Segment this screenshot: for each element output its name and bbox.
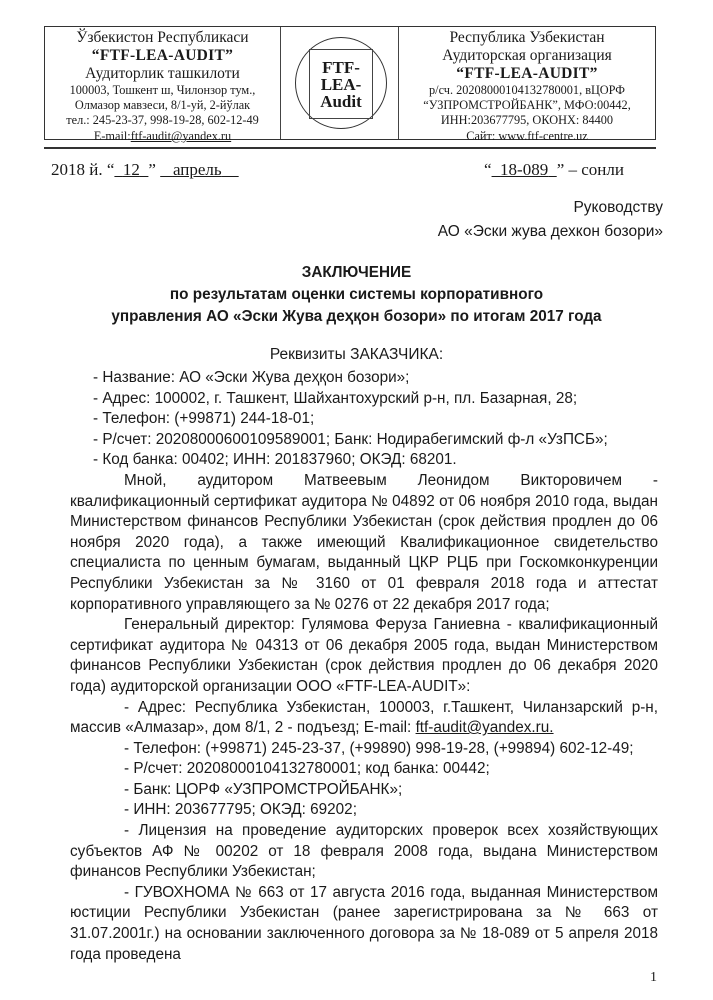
letterhead-uzbek-block: Ўзбекистон Республикаси “FTF-LEA-AUDIT” …: [45, 27, 281, 139]
customer-details-heading: Реквизиты ЗАКАЗЧИКА:: [0, 346, 713, 364]
letterhead-divider: [44, 147, 656, 149]
date-day: 12: [114, 160, 148, 179]
seal-line-2: LEA-: [321, 76, 362, 93]
org-address: - Адрес: Республика Узбекистан, 100003, …: [70, 698, 658, 739]
seal-text-box: FTF- LEA- Audit: [309, 49, 373, 119]
customer-account: - Р/счет: 20208000600109589001; Банк: Но…: [70, 430, 658, 451]
phones-uz: тел.: 245-23-37, 998-19-28, 602-12-49: [45, 113, 280, 128]
address-line-2-uz: Олмазор мавзеси, 8/1-уй, 2-йўлак: [45, 98, 280, 113]
document-body: - Название: АО «Эски Жува деҳқон бозори»…: [70, 368, 658, 965]
document-title: ЗАКЛЮЧЕНИЕ по результатам оценки системы…: [0, 262, 713, 328]
director-paragraph: Генеральный директор: Гулямова Феруза Га…: [70, 615, 658, 697]
bank-name-ru: “УЗПРОМСТРОЙБАНК”, МФО:00442,: [399, 98, 655, 113]
document-number: “ 18-089 ” – сонли: [484, 160, 624, 180]
org-email-link[interactable]: ftf-audit@yandex.ru.: [416, 719, 554, 736]
org-type-ru: Аудиторская организация: [399, 47, 655, 65]
customer-address: - Адрес: 100002, г. Ташкент, Шайхантохур…: [70, 389, 658, 410]
number-suffix: ” – сонли: [557, 160, 624, 179]
tax-ids-ru: ИНН:203677795, ОКОНХ: 84400: [399, 113, 655, 128]
addressee-line-2: АО «Эски жува дехкон бозори»: [438, 220, 663, 244]
company-name-uz: “FTF-LEA-AUDIT”: [45, 47, 280, 65]
addressee: Руководству АО «Эски жува дехкон бозори»: [438, 196, 663, 244]
org-bank: - Банк: ЦОРФ «УЗПРОМСТРОЙБАНК»;: [70, 780, 658, 801]
email-line-uz: E-mail:ftf-audit@yandex.ru: [45, 129, 280, 144]
title-line-2: по результатам оценки системы корпоратив…: [0, 284, 713, 306]
country-uz: Ўзбекистон Республикаси: [45, 29, 280, 47]
title-line-3: управления АО «Эски Жува деҳқон бозори» …: [0, 306, 713, 328]
letterhead: Ўзбекистон Республикаси “FTF-LEA-AUDIT” …: [44, 26, 656, 140]
org-inn: - ИНН: 203677795; ОКЭД: 69202;: [70, 800, 658, 821]
customer-phone: - Телефон: (+99871) 244-18-01;: [70, 409, 658, 430]
customer-name: - Название: АО «Эски Жува деҳқон бозори»…: [70, 368, 658, 389]
seal-line-1: FTF-: [322, 59, 360, 76]
email-link[interactable]: ftf-audit@yandex.ru: [131, 129, 231, 143]
website[interactable]: Сайт: www.ftf-centre.uz: [399, 129, 655, 144]
date-quote: ”: [148, 160, 156, 179]
letterhead-russian-block: Республика Узбекистан Аудиторская органи…: [399, 27, 655, 139]
document-date: 2018 й. “ 12 ” апрель: [51, 160, 239, 180]
addressee-line-1: Руководству: [438, 196, 663, 220]
number-value: 18-089: [492, 160, 557, 179]
org-phone: - Телефон: (+99871) 245-23-37, (+99890) …: [70, 739, 658, 760]
page-number: 1: [650, 970, 657, 986]
date-month: апрель: [160, 160, 238, 179]
org-license: - Лицензия на проведение аудиторских про…: [70, 821, 658, 883]
auditor-paragraph: Мной, аудитором Матвеевым Леонидом Викто…: [70, 471, 658, 615]
customer-bank-code: - Код банка: 00402; ИНН: 201837960; ОКЭД…: [70, 450, 658, 471]
title-line-1: ЗАКЛЮЧЕНИЕ: [0, 262, 713, 284]
country-ru: Республика Узбекистан: [399, 29, 655, 47]
date-year: 2018 й. “: [51, 160, 114, 179]
number-open-quote: “: [484, 160, 492, 179]
company-name-ru: “FTF-LEA-AUDIT”: [399, 65, 655, 83]
seal-line-3: Audit: [320, 93, 362, 110]
org-account: - Р/счет: 20208000104132780001; код банк…: [70, 759, 658, 780]
email-label: E-mail:: [94, 129, 131, 143]
org-guvohnoma: - ГУВОХНОМА № 663 от 17 августа 2016 год…: [70, 883, 658, 965]
company-seal-logo: FTF- LEA- Audit: [281, 27, 399, 139]
address-line-1-uz: 100003, Тошкент ш, Чилонзор тум.,: [45, 83, 280, 98]
bank-account-ru: р/сч. 20208000104132780001, вЦОРФ: [399, 83, 655, 98]
org-type-uz: Аудиторлик ташкилоти: [45, 65, 280, 83]
